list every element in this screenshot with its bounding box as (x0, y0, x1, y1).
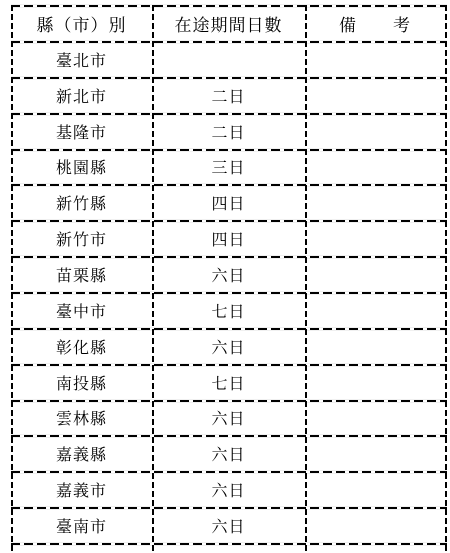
days-cell: 四日 (152, 184, 305, 220)
county-cell: 雲林縣 (11, 400, 152, 435)
table-row: 臺南市 六日 (11, 507, 445, 543)
table-row: 基隆市 二日 (11, 113, 445, 149)
table-row: 嘉義縣 六日 (11, 435, 445, 471)
table-row: 新竹市 四日 (11, 220, 445, 256)
remark-cell (305, 220, 445, 256)
header-transit-days-column: 在途期間日數 (152, 5, 305, 41)
table-row: 臺中市 七日 (11, 292, 445, 328)
days-cell: 六日 (152, 400, 305, 435)
table-header-row: 縣（市）別 在途期間日數 備 考 (11, 5, 445, 41)
days-cell: 六日 (152, 328, 305, 364)
county-cell: 嘉義縣 (11, 435, 152, 471)
days-cell: 二日 (152, 113, 305, 149)
table-row: 彰化縣 六日 (11, 328, 445, 364)
county-cell: 新竹縣 (11, 184, 152, 220)
remark-cell (305, 256, 445, 292)
header-remarks-column: 備 考 (305, 5, 445, 41)
table-vertical-border (445, 5, 447, 553)
remark-cell (305, 184, 445, 220)
county-cell: 桃園縣 (11, 149, 152, 184)
table-row: 新北市 二日 (11, 77, 445, 113)
table-row: 雲林縣 六日 (11, 400, 445, 435)
scanned-document-page: 縣（市）別 在途期間日數 備 考 臺北市 新北市 二日 基隆市 二日 桃園縣 三… (0, 0, 450, 553)
remark-cell (305, 471, 445, 507)
days-cell: 六日 (152, 507, 305, 543)
table-row: 嘉義市 六日 (11, 471, 445, 507)
days-cell: 七日 (152, 364, 305, 400)
days-cell: 七日 (152, 292, 305, 328)
remark-cell (305, 113, 445, 149)
remark-cell (305, 364, 445, 400)
remark-cell (305, 77, 445, 113)
table-row: 南投縣 七日 (11, 364, 445, 400)
days-cell: 六日 (152, 471, 305, 507)
remark-cell (305, 400, 445, 435)
days-cell (152, 41, 305, 77)
header-county-column: 縣（市）別 (11, 5, 152, 41)
table-row: 新竹縣 四日 (11, 184, 445, 220)
days-cell: 六日 (152, 435, 305, 471)
county-cell: 彰化縣 (11, 328, 152, 364)
remark-cell (305, 41, 445, 77)
table-row: 苗栗縣 六日 (11, 256, 445, 292)
table-horizontal-border (11, 543, 447, 545)
county-cell: 臺北市 (11, 41, 152, 77)
remark-cell (305, 149, 445, 184)
county-cell: 嘉義市 (11, 471, 152, 507)
county-cell: 臺南市 (11, 507, 152, 543)
days-cell: 四日 (152, 220, 305, 256)
county-cell: 苗栗縣 (11, 256, 152, 292)
remark-cell (305, 292, 445, 328)
table-row: 臺北市 (11, 41, 445, 77)
county-cell: 臺中市 (11, 292, 152, 328)
county-cell: 新北市 (11, 77, 152, 113)
remark-cell (305, 435, 445, 471)
county-cell: 基隆市 (11, 113, 152, 149)
days-cell: 二日 (152, 77, 305, 113)
table-row: 桃園縣 三日 (11, 149, 445, 184)
days-cell: 三日 (152, 149, 305, 184)
remark-cell (305, 328, 445, 364)
days-cell: 六日 (152, 256, 305, 292)
remark-cell (305, 507, 445, 543)
county-cell: 新竹市 (11, 220, 152, 256)
county-cell: 南投縣 (11, 364, 152, 400)
